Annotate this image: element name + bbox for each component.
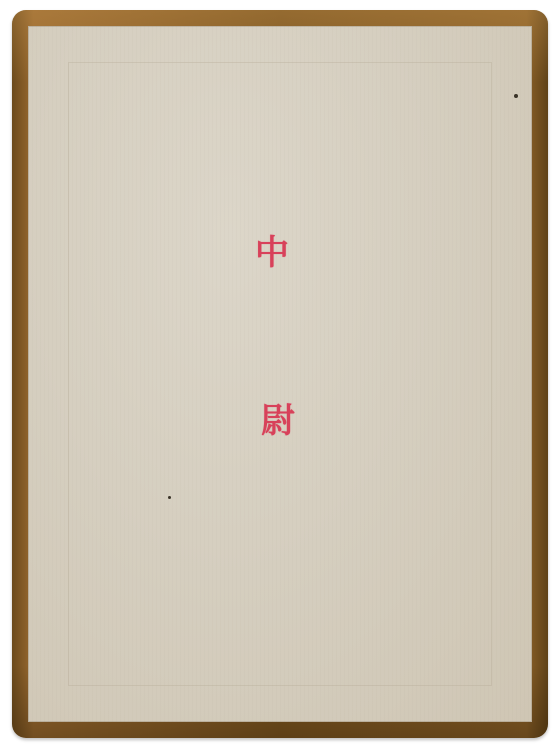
character-top: 中 (255, 236, 289, 270)
card-bevel (68, 62, 492, 686)
card: 中 尉 (12, 10, 548, 738)
ink-speck (514, 94, 518, 98)
ink-speck (168, 496, 171, 499)
card-face (28, 26, 532, 722)
character-bottom: 尉 (261, 404, 295, 438)
